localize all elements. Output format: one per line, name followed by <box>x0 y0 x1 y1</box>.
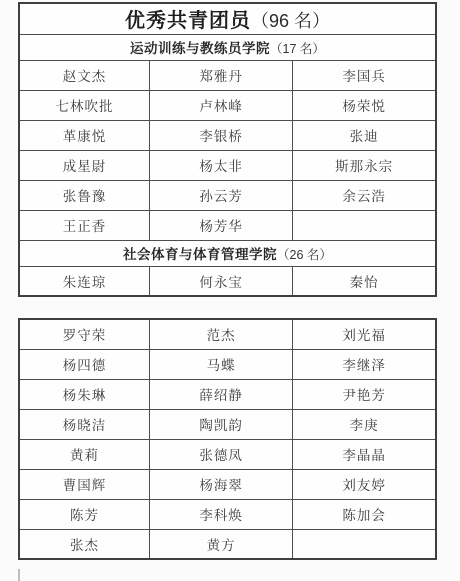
member-name-cell: 杨芳华 <box>150 210 293 240</box>
member-row: 王正香杨芳华 <box>19 210 436 240</box>
member-name-cell: 杨晓洁 <box>19 409 150 439</box>
member-row: 杨四德马蝶李继泽 <box>19 349 436 379</box>
awards-table-bottom: 罗守荣范杰刘光福杨四德马蝶李继泽杨朱琳薛绍静尹艳芳杨晓洁陶凯韵李庚黄莉张德凤李晶… <box>18 318 437 560</box>
member-name-cell: 郑雅丹 <box>150 60 293 90</box>
section-2-member-rows-part1: 朱连琼何永宝秦怡 <box>19 266 436 296</box>
member-row: 张杰黄方 <box>19 529 436 559</box>
member-row: 黄莉张德凤李晶晶 <box>19 439 436 469</box>
member-name-cell: 余云浩 <box>293 180 436 210</box>
section-header-row-2: 社会体育与体育管理学院（26 名） <box>19 240 436 266</box>
member-name-cell: 杨海翠 <box>150 469 293 499</box>
member-name-cell: 赵文杰 <box>19 60 150 90</box>
member-row: 赵文杰郑雅丹李国兵 <box>19 60 436 90</box>
member-row: 罗守荣范杰刘光福 <box>19 319 436 349</box>
member-name-cell: 马蝶 <box>150 349 293 379</box>
member-name-cell: 杨荣悦 <box>293 90 436 120</box>
member-name-cell: 黄方 <box>150 529 293 559</box>
member-name-cell: 曹国辉 <box>19 469 150 499</box>
member-name-cell: 七林吹批 <box>19 90 150 120</box>
member-name-cell: 秦怡 <box>293 266 436 296</box>
member-name-cell: 李银桥 <box>150 120 293 150</box>
member-row: 革康悦李银桥张迪 <box>19 120 436 150</box>
member-name-cell: 陶凯韵 <box>150 409 293 439</box>
member-name-cell: 何永宝 <box>150 266 293 296</box>
section-header-1: 运动训练与教练员学院（17 名） <box>19 34 436 60</box>
member-name-cell: 罗守荣 <box>19 319 150 349</box>
section-header-row-1: 运动训练与教练员学院（17 名） <box>19 34 436 60</box>
member-row: 杨晓洁陶凯韵李庚 <box>19 409 436 439</box>
document-page: 优秀共青团员（96 名） 运动训练与教练员学院（17 名） 赵文杰郑雅丹李国兵七… <box>0 0 460 581</box>
member-name-cell: 斯那永宗 <box>293 150 436 180</box>
document-title: 优秀共青团员（96 名） <box>19 3 436 34</box>
section-2-count: （26 名） <box>277 248 332 262</box>
member-row: 杨朱琳薛绍静尹艳芳 <box>19 379 436 409</box>
member-name-cell: 尹艳芳 <box>293 379 436 409</box>
member-name-cell: 范杰 <box>150 319 293 349</box>
member-name-cell: 陈芳 <box>19 499 150 529</box>
member-name-cell: 孙云芳 <box>150 180 293 210</box>
member-row: 曹国辉杨海翠刘友婷 <box>19 469 436 499</box>
member-name-cell: 刘光福 <box>293 319 436 349</box>
title-row: 优秀共青团员（96 名） <box>19 3 436 34</box>
section-header-2: 社会体育与体育管理学院（26 名） <box>19 240 436 266</box>
member-name-cell: 革康悦 <box>19 120 150 150</box>
member-name-cell: 陈加会 <box>293 499 436 529</box>
member-name-cell: 李科焕 <box>150 499 293 529</box>
section-1-count: （17 名） <box>270 42 325 56</box>
member-name-cell: 卢林峰 <box>150 90 293 120</box>
member-name-cell: 刘友婷 <box>293 469 436 499</box>
member-name-cell: 李晶晶 <box>293 439 436 469</box>
member-row: 成星尉杨太非斯那永宗 <box>19 150 436 180</box>
member-name-cell: 王正香 <box>19 210 150 240</box>
member-name-cell: 杨太非 <box>150 150 293 180</box>
member-name-cell: 张迪 <box>293 120 436 150</box>
section-2-member-rows-part2: 罗守荣范杰刘光福杨四德马蝶李继泽杨朱琳薛绍静尹艳芳杨晓洁陶凯韵李庚黄莉张德凤李晶… <box>19 319 436 559</box>
title-block: 优秀共青团员（96 名） 运动训练与教练员学院（17 名） <box>19 3 436 60</box>
member-name-cell: 薛绍静 <box>150 379 293 409</box>
section-1-name: 运动训练与教练员学院 <box>130 41 270 56</box>
member-row: 七林吹批卢林峰杨荣悦 <box>19 90 436 120</box>
section-2-name: 社会体育与体育管理学院 <box>123 247 277 262</box>
member-row: 陈芳李科焕陈加会 <box>19 499 436 529</box>
awards-table-top: 优秀共青团员（96 名） 运动训练与教练员学院（17 名） 赵文杰郑雅丹李国兵七… <box>18 2 437 297</box>
member-name-cell: 张德凤 <box>150 439 293 469</box>
member-name-cell: 朱连琼 <box>19 266 150 296</box>
member-name-cell: 李庚 <box>293 409 436 439</box>
member-name-cell: 杨朱琳 <box>19 379 150 409</box>
title-count: （96 名） <box>251 11 330 31</box>
member-row: 张鲁豫孙云芳余云浩 <box>19 180 436 210</box>
title-text: 优秀共青团员 <box>125 10 251 32</box>
member-name-cell: 李继泽 <box>293 349 436 379</box>
member-name-cell: 张鲁豫 <box>19 180 150 210</box>
section-header-block-2: 社会体育与体育管理学院（26 名） <box>19 240 436 266</box>
cutoff-table-edge <box>18 569 20 581</box>
member-name-cell: 杨四德 <box>19 349 150 379</box>
member-name-cell: 黄莉 <box>19 439 150 469</box>
member-row: 朱连琼何永宝秦怡 <box>19 266 436 296</box>
member-name-cell: 张杰 <box>19 529 150 559</box>
member-name-cell: 李国兵 <box>293 60 436 90</box>
member-name-cell: 成星尉 <box>19 150 150 180</box>
empty-cell <box>293 210 436 240</box>
empty-cell <box>293 529 436 559</box>
section-1-member-rows: 赵文杰郑雅丹李国兵七林吹批卢林峰杨荣悦革康悦李银桥张迪成星尉杨太非斯那永宗张鲁豫… <box>19 60 436 240</box>
